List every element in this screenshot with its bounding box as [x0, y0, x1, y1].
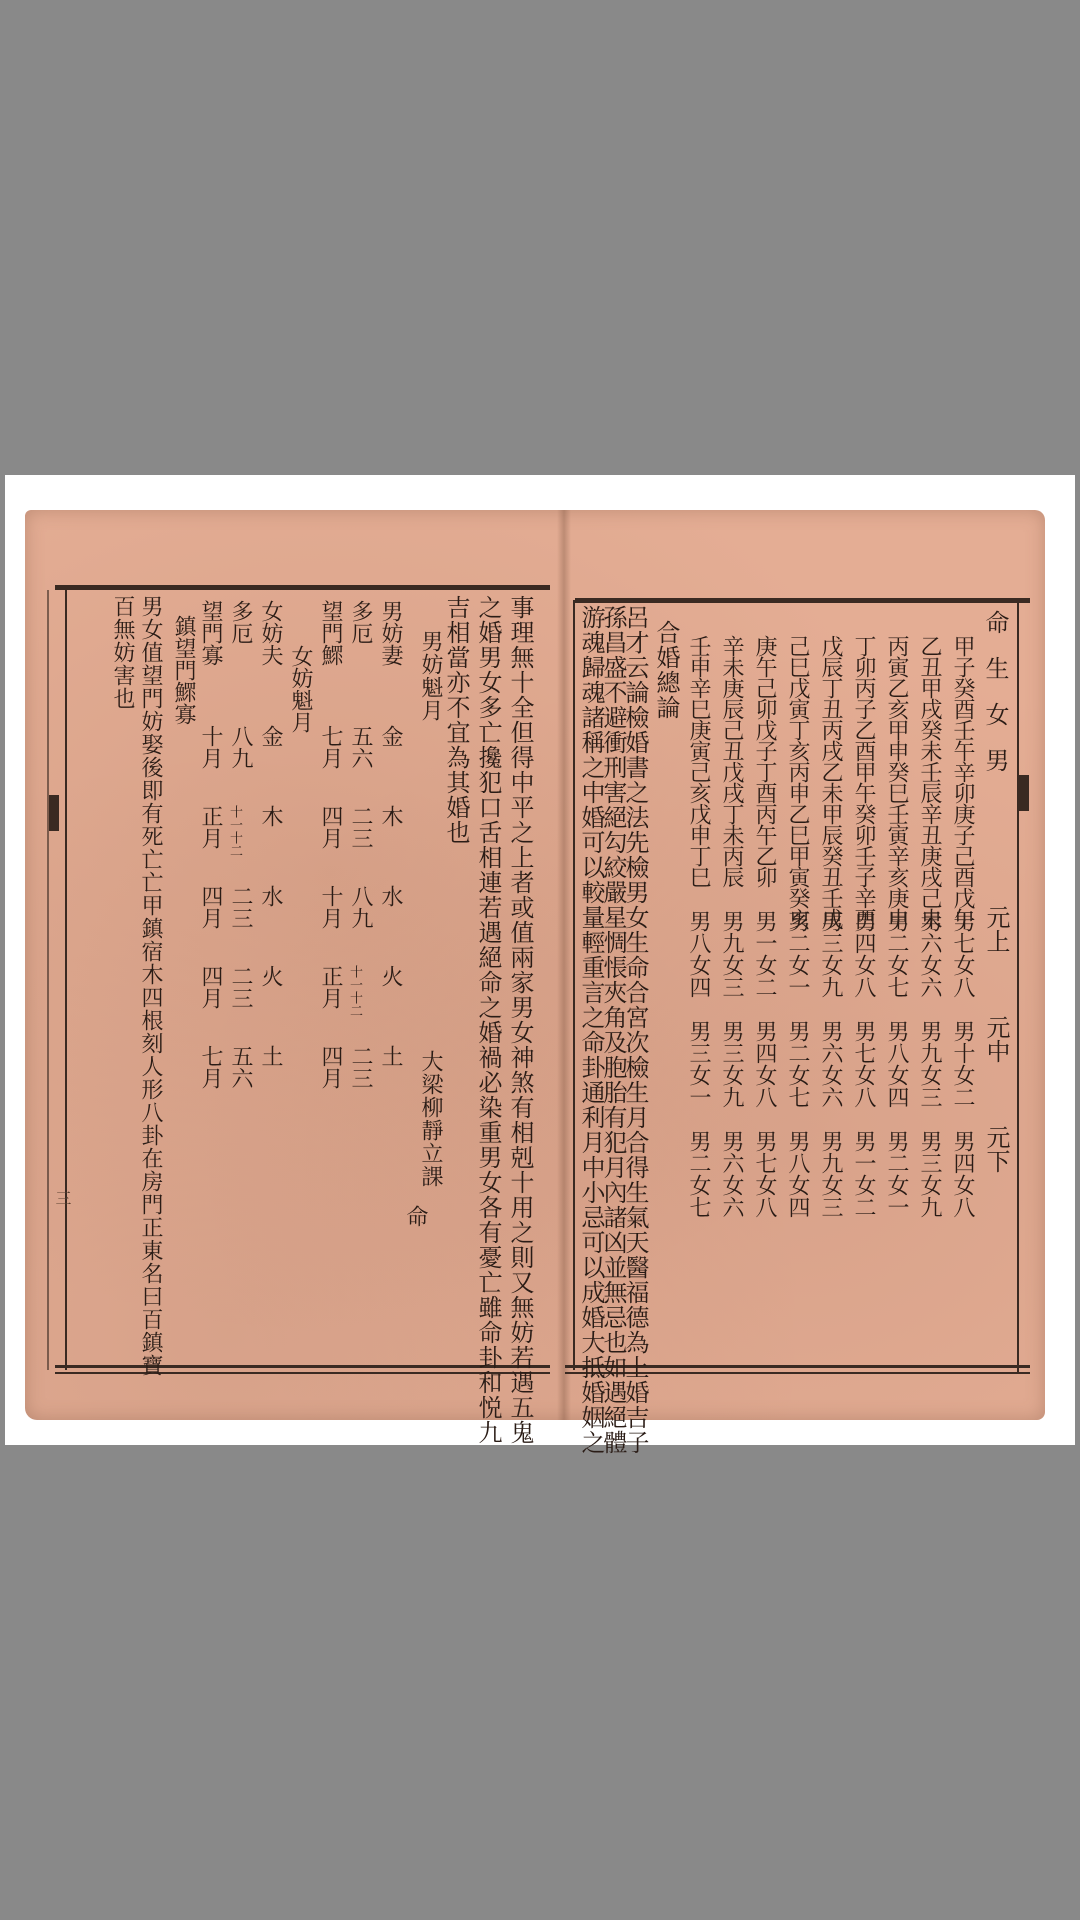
yuan-cell: 男七女八	[949, 910, 975, 998]
table-cell: 土	[257, 1045, 283, 1067]
table-cell: 二三	[347, 1045, 373, 1089]
yuan-cell: 男四女八	[949, 1130, 975, 1218]
yuan-cell: 男四女八	[751, 1020, 777, 1108]
yuan-header-middle: 元中	[983, 1015, 1009, 1063]
ganzhi-column: 庚午己卯戊子丁酉丙午乙卯	[749, 635, 779, 887]
table-cell: 火	[257, 965, 283, 987]
table-cell: 五六	[227, 1045, 253, 1089]
yuan-cell: 男一女二	[850, 1130, 876, 1218]
yuan-cell: 男六女六	[817, 1020, 843, 1108]
prose-column: 游魂歸魂諸稱之中婚可以較量輕重言之命卦通利月中小忌可以成婚大抵婚姻之	[577, 605, 605, 1455]
yuan-cell: 男九女三	[817, 1130, 843, 1218]
yuan-cell: 男三女九	[718, 1020, 744, 1108]
row-label: 女妨夫	[257, 600, 283, 666]
ganzhi-column: 辛未庚辰己丑戊戌丁未丙辰	[716, 635, 746, 887]
prose-column: 之婚男女多亡攙犯口舌相連若遇絕命之婚禍必染重男女各有憂亡雖命卦和悦九	[473, 595, 503, 1445]
yuan-cell: 男三女九	[817, 910, 843, 998]
table-cell: 十一十二	[347, 965, 361, 1017]
ganzhi-column: 丁卯丙子乙酉甲午癸卯壬子辛酉	[848, 635, 878, 929]
row-label: 望門寡	[197, 600, 223, 666]
page-number: 三	[51, 1190, 74, 1206]
table-cell: 十月	[317, 885, 343, 929]
ganzhi-column: 甲子癸酉壬午辛卯庚子己酉戊午	[947, 635, 977, 929]
yuan-cell: 男六女六	[916, 910, 942, 998]
ganzhi-column: 丙寅乙亥甲申癸巳壬寅辛亥庚申	[881, 635, 911, 929]
female-section-title: 女妨魁月	[287, 645, 313, 733]
yuan-cell: 男六女六	[718, 1130, 744, 1218]
table-cell: 正月	[197, 805, 223, 849]
top-border-rule	[55, 585, 550, 590]
table-cell: 四月	[197, 965, 223, 1009]
table-cell: 十月	[197, 725, 223, 769]
table-cell: 八九	[227, 725, 253, 769]
yuan-cell: 男二女七	[784, 1020, 810, 1108]
margin-tab-mark	[1019, 775, 1029, 811]
table-cell: 金	[377, 725, 403, 747]
table-cell: 木	[257, 805, 283, 827]
table-cell: 八九	[347, 885, 373, 929]
yuan-cell: 男八女四	[883, 1020, 909, 1108]
yuan-cell: 男二女七	[685, 1130, 711, 1218]
yuan-header-upper: 元上	[983, 905, 1009, 953]
yuan-header-lower: 元下	[983, 1125, 1009, 1173]
right-frame-line	[1017, 602, 1019, 1372]
row-label: 多厄	[347, 600, 373, 644]
table-cell: 金	[257, 725, 283, 747]
scan-panel: 三 事理無十全但得中平之上者或值兩家男女神煞有相剋十用之則又無妨若遇五鬼 之婚男…	[5, 475, 1075, 1445]
closing-column: 百無妨害也	[107, 595, 137, 710]
table-cell: 四月	[317, 1045, 343, 1089]
subheading: 鎮望門鰥寡	[170, 615, 196, 725]
yuan-cell: 男九女三	[718, 910, 744, 998]
table-cell: 二三	[227, 965, 253, 1009]
yuan-cell: 男七女八	[751, 1130, 777, 1218]
yuan-cell: 男一女二	[751, 910, 777, 998]
top-border-rule	[575, 598, 1030, 603]
right-page: 命生女男 元上 元中 元下 甲子癸酉壬午辛卯庚子己酉戊午 乙丑甲戌癸未壬辰辛丑庚…	[565, 510, 1045, 1420]
left-page: 三 事理無十全但得中平之上者或值兩家男女神煞有相剋十用之則又無妨若遇五鬼 之婚男…	[25, 510, 565, 1420]
row-label: 多厄	[227, 600, 253, 644]
table-cell: 十一十二	[227, 805, 241, 857]
inner-frame-line	[573, 600, 575, 1370]
table-cell: 水	[377, 885, 403, 907]
row-label: 男妨妻	[377, 600, 403, 666]
prose-column: 吉相當亦不宜為其婚也	[441, 595, 471, 845]
table-cell: 二三	[347, 805, 373, 849]
yuan-cell: 男二女七	[883, 910, 909, 998]
margin-tab-mark	[49, 795, 59, 831]
table-header: 命生女男	[980, 610, 1010, 794]
yuan-cell: 男二女一	[784, 910, 810, 998]
yuan-cell: 男三女一	[685, 1020, 711, 1108]
yuan-cell: 男八女四	[784, 1130, 810, 1218]
section-title: 合婚總論	[651, 620, 681, 720]
table-cell: 水	[257, 885, 283, 907]
left-frame-line	[65, 590, 67, 1370]
male-section-title: 男妨魁月	[415, 630, 445, 722]
table-cell: 木	[377, 805, 403, 827]
table-cell: 土	[377, 1045, 403, 1067]
prose-column: 事理無十全但得中平之上者或值兩家男女神煞有相剋十用之則又無妨若遇五鬼	[505, 595, 535, 1445]
author-credit: 大梁柳靜立課	[415, 1050, 445, 1188]
yuan-cell: 男九女三	[916, 1020, 942, 1108]
row-label: 望門鰥	[317, 600, 343, 666]
table-cell: 七月	[317, 725, 343, 769]
table-cell: 四月	[317, 805, 343, 849]
margin-line	[47, 590, 49, 1370]
table-cell: 正月	[317, 965, 343, 1009]
stray-glyph: 命	[400, 1205, 430, 1228]
table-cell: 四月	[197, 885, 223, 929]
table-cell: 七月	[197, 1045, 223, 1089]
yuan-cell: 男四女八	[850, 910, 876, 998]
yuan-cell: 男八女四	[685, 910, 711, 998]
ganzhi-column: 己巳戊寅丁亥丙申乙巳甲寅癸亥	[782, 635, 812, 929]
yuan-cell: 男七女八	[850, 1020, 876, 1108]
table-cell: 二三	[227, 885, 253, 929]
yuan-cell: 男三女九	[916, 1130, 942, 1218]
ganzhi-column: 戊辰丁丑丙戌乙未甲辰癸丑壬戌	[815, 635, 845, 929]
yuan-cell: 男二女一	[883, 1130, 909, 1218]
table-cell: 火	[377, 965, 403, 987]
table-cell: 五六	[347, 725, 373, 769]
closing-column: 男女值望門妨娶後即有死亡亡甲鎮宿木四根刻人形八卦在房門正東名曰百鎮寶	[137, 595, 164, 1377]
yuan-cell: 男十女二	[949, 1020, 975, 1108]
ganzhi-column: 乙丑甲戌癸未壬辰辛丑庚戌己未	[914, 635, 944, 929]
book-spread: 三 事理無十全但得中平之上者或值兩家男女神煞有相剋十用之則又無妨若遇五鬼 之婚男…	[25, 510, 1045, 1420]
ganzhi-column: 壬申辛巳庚寅己亥戊申丁巳	[683, 635, 713, 887]
